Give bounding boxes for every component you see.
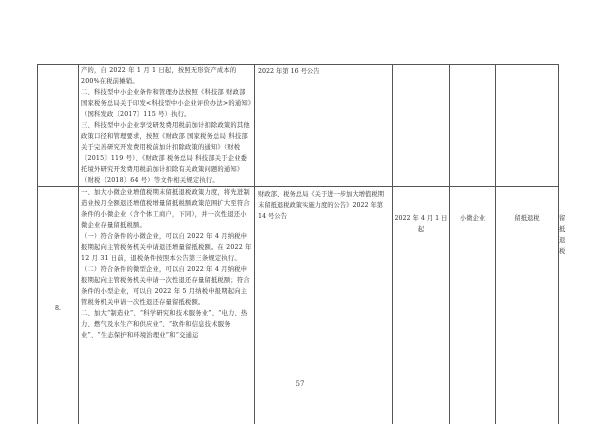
document-page: 产的，自 2022 年 1 月 1 日起，按照无形资产成本的 200%在税前摊销… xyxy=(0,0,600,424)
row-number-cell: 8. xyxy=(38,187,79,424)
effective-date-cell xyxy=(393,65,450,187)
table-row: 8. 一、加大小微企业增值税期末留抵退税政策力度，将先进制造业按月全额退还增值税… xyxy=(38,187,559,424)
table-row: 产的，自 2022 年 1 月 1 日起，按照无形资产成本的 200%在税前摊销… xyxy=(38,65,559,187)
row-number-cell xyxy=(38,65,79,187)
policy-content-cell: 一、加大小微企业增值税期末留抵退税政策力度，将先进制造业按月全额退还增值税增量留… xyxy=(79,187,255,424)
policy-table: 产的，自 2022 年 1 月 1 日起，按照无形资产成本的 200%在税前摊销… xyxy=(37,64,559,424)
content-paragraph: （二）符合条件的微型企业，可以自 2022 年 4 月纳税申报期起向主管税务机关… xyxy=(79,264,254,308)
policy-content-cell: 产的，自 2022 年 1 月 1 日起，按照无形资产成本的 200%在税前摊销… xyxy=(79,65,255,187)
policy-basis-cell: 2022 年第 16 号公告 xyxy=(255,65,393,187)
subject-cell: 小微企业 xyxy=(450,187,496,424)
content-paragraph: 二、加大“制造业”、“科学研究和技术服务业”、“电力、热力、燃气及水生产和供应业… xyxy=(79,308,254,341)
content-paragraph: 二、科技型中小企业条件和管理办法按照《科技部 财政部 国家税务总局关于印发<科技… xyxy=(79,87,254,120)
content-paragraph: 三、科技型中小企业享受研发费用税前加计扣除政策的其他政策口径和管理要求，按照《财… xyxy=(79,120,254,186)
page-number: 57 xyxy=(0,380,600,388)
content-paragraph: （一）符合条件的小微企业，可以自 2022 年 4 月纳税申报期起向主管税务机关… xyxy=(79,231,254,264)
content-paragraph: 一、加大小微企业增值税期末留抵退税政策力度，将先进制造业按月全额退还增值税增量留… xyxy=(79,187,254,231)
policy-basis-text: 2022 年第 16 号公告 xyxy=(255,66,392,77)
policy-basis-cell: 财政部、税务总局《关于进一步加大增值税期末留抵退税政策实施力度的公告》2022 … xyxy=(255,187,393,424)
policy-basis-text: 财政部、税务总局《关于进一步加大增值税期末留抵退税政策实施力度的公告》2022 … xyxy=(255,189,392,222)
effective-date-cell: 2022 年 4 月 1 日起 xyxy=(393,187,450,424)
tax-type-cell xyxy=(496,65,559,187)
subject-cell xyxy=(450,65,496,187)
content-paragraph: 产的，自 2022 年 1 月 1 日起，按照无形资产成本的 200%在税前摊销… xyxy=(79,65,254,87)
tax-type-cell: 留抵退税 xyxy=(496,187,559,424)
